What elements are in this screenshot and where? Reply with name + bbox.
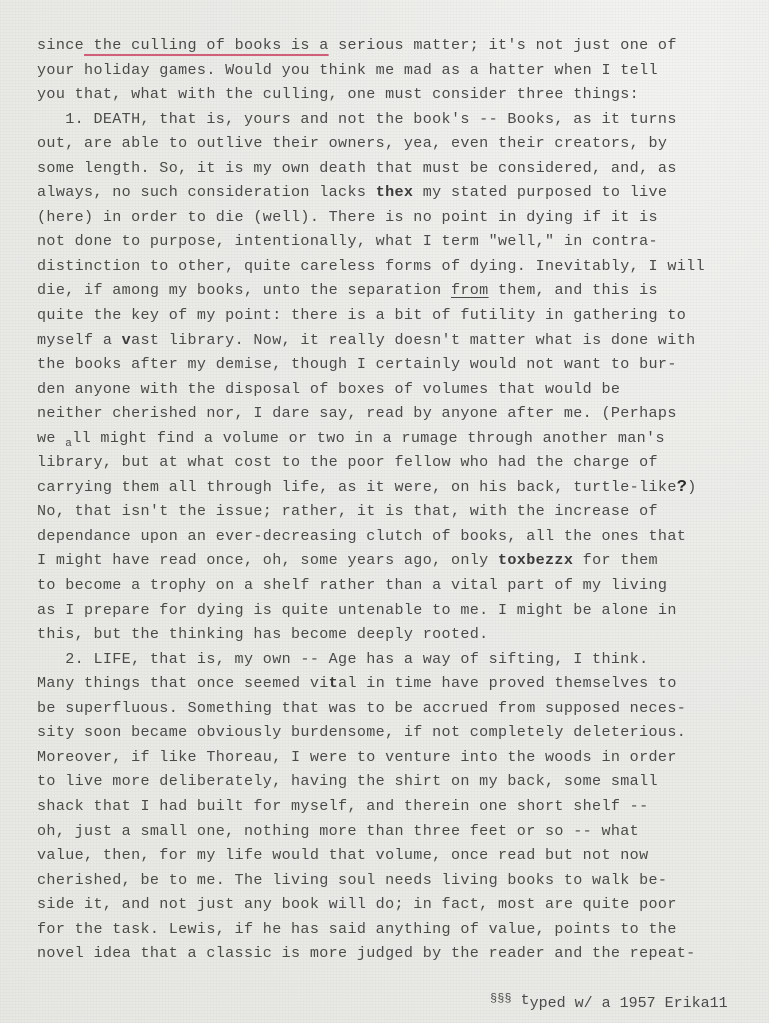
- line-text: shack that I had built for myself, and t…: [37, 797, 649, 815]
- text-line: the books after my demise, though I cert…: [37, 352, 757, 377]
- line-text: not done to purpose, intentionally, what…: [37, 232, 658, 250]
- text-line: your holiday games. Would you think me m…: [37, 58, 757, 83]
- line-text: den anyone with the disposal of boxes of…: [37, 380, 620, 398]
- line-text: for them: [573, 551, 658, 569]
- text-line: shack that I had built for myself, and t…: [37, 794, 757, 819]
- line-text: 1. DEATH, that is, yours and not the boo…: [37, 110, 677, 128]
- line-text: always, no such consideration lacks: [37, 183, 376, 201]
- line-text: your holiday games. Would you think me m…: [37, 61, 658, 79]
- text-line: as I prepare for dying is quite untenabl…: [37, 598, 757, 623]
- text-line: to live more deliberately, having the sh…: [37, 769, 757, 794]
- typed-over-correction: toxbezzx: [498, 551, 573, 569]
- line-text: side it, and not just any book will do; …: [37, 895, 677, 913]
- line-text: novel idea that a classic is more judged…: [37, 944, 696, 962]
- line-text: out, are able to outlive their owners, y…: [37, 134, 667, 152]
- line-text: ll might find a volume or two in a rumag…: [72, 429, 665, 447]
- line-text: myself a: [37, 331, 122, 349]
- text-line: dependance upon an ever-decreasing clutc…: [37, 524, 757, 549]
- line-text: this, but the thinking has become deeply…: [37, 625, 489, 643]
- line-text: ast library. Now, it really doesn't matt…: [131, 331, 695, 349]
- typed-over-correction: t: [329, 674, 338, 692]
- text-line: die, if among my books, unto the separat…: [37, 278, 757, 303]
- colophon-text: yped w/ a 1957 Erika11: [530, 995, 728, 1012]
- line-text: quite the key of my point: there is a bi…: [37, 306, 686, 324]
- text-line: not done to purpose, intentionally, what…: [37, 229, 757, 254]
- text-line: this, but the thinking has become deeply…: [37, 622, 757, 647]
- line-text: the books after my demise, though I cert…: [37, 355, 677, 373]
- line-text: since: [37, 36, 84, 54]
- underlined-word: from: [451, 281, 489, 299]
- text-line: you that, what with the culling, one mus…: [37, 82, 757, 107]
- line-text: be superfluous. Something that was to be…: [37, 699, 686, 717]
- text-line: since the culling of books is a serious …: [37, 33, 757, 58]
- line-text: for the task. Lewis, if he has said anyt…: [37, 920, 677, 938]
- text-line: some length. So, it is my own death that…: [37, 156, 757, 181]
- typed-over-correction: v: [122, 331, 131, 349]
- line-text: my stated purposed to live: [413, 183, 667, 201]
- typed-over-correction: thex: [376, 183, 414, 201]
- line-text: I might have read once, oh, some years a…: [37, 551, 498, 569]
- text-line: cherished, be to me. The living soul nee…: [37, 868, 757, 893]
- line-text: carrying them all through life, as it we…: [37, 478, 677, 496]
- line-text: them, and this is: [489, 281, 658, 299]
- text-line: we all might find a volume or two in a r…: [37, 426, 757, 451]
- line-text: serious matter; it's not just one of: [329, 36, 677, 54]
- handwritten-question-mark: ?: [677, 478, 688, 497]
- text-line: sity soon became obviously burdensome, i…: [37, 720, 757, 745]
- line-text: library, but at what cost to the poor fe…: [37, 453, 658, 471]
- line-text: die, if among my books, unto the separat…: [37, 281, 451, 299]
- line-text: as I prepare for dying is quite untenabl…: [37, 601, 677, 619]
- text-line: Many things that once seemed vital in ti…: [37, 671, 757, 696]
- line-text: 2. LIFE, that is, my own -- Age has a wa…: [37, 650, 649, 668]
- text-line: value, then, for my life would that volu…: [37, 843, 757, 868]
- text-line: Moreover, if like Thoreau, I were to ven…: [37, 745, 757, 770]
- line-text: No, that isn't the issue; rather, it is …: [37, 502, 658, 520]
- text-line: carrying them all through life, as it we…: [37, 475, 757, 500]
- text-line: be superfluous. Something that was to be…: [37, 696, 757, 721]
- line-text: oh, just a small one, nothing more than …: [37, 822, 639, 840]
- line-text: cherished, be to me. The living soul nee…: [37, 871, 667, 889]
- line-text: Moreover, if like Thoreau, I were to ven…: [37, 748, 677, 766]
- text-line: 1. DEATH, that is, yours and not the boo…: [37, 107, 757, 132]
- text-line: den anyone with the disposal of boxes of…: [37, 377, 757, 402]
- line-text: distinction to other, quite careless for…: [37, 257, 705, 275]
- line-text: value, then, for my life would that volu…: [37, 846, 649, 864]
- colophon: §§§ typed w/ a 1957 Erika11: [472, 975, 728, 1012]
- text-line: 2. LIFE, that is, my own -- Age has a wa…: [37, 647, 757, 672]
- text-line: library, but at what cost to the poor fe…: [37, 450, 757, 475]
- text-line: side it, and not just any book will do; …: [37, 892, 757, 917]
- red-underlined-phrase: the culling of books is a: [84, 36, 329, 54]
- text-line: myself a vast library. Now, it really do…: [37, 328, 757, 353]
- line-text: ): [687, 478, 696, 496]
- text-line: No, that isn't the issue; rather, it is …: [37, 499, 757, 524]
- section-mark: §§§: [490, 992, 512, 1006]
- text-line: neither cherished nor, I dare say, read …: [37, 401, 757, 426]
- line-text: we: [37, 429, 65, 447]
- line-text: you that, what with the culling, one mus…: [37, 85, 639, 103]
- text-line: I might have read once, oh, some years a…: [37, 548, 757, 573]
- text-line: quite the key of my point: there is a bi…: [37, 303, 757, 328]
- line-text: al in time have proved themselves to: [338, 674, 677, 692]
- line-text: to live more deliberately, having the sh…: [37, 772, 658, 790]
- line-text: (here) in order to die (well). There is …: [37, 208, 658, 226]
- text-line: for the task. Lewis, if he has said anyt…: [37, 917, 757, 942]
- line-text: Many things that once seemed vi: [37, 674, 329, 692]
- line-text: some length. So, it is my own death that…: [37, 159, 677, 177]
- text-line: always, no such consideration lacks thex…: [37, 180, 757, 205]
- text-line: to become a trophy on a shelf rather tha…: [37, 573, 757, 598]
- colophon-t: t: [521, 992, 530, 1009]
- text-line: novel idea that a classic is more judged…: [37, 941, 757, 966]
- line-text: to become a trophy on a shelf rather tha…: [37, 576, 667, 594]
- line-text: sity soon became obviously burdensome, i…: [37, 723, 686, 741]
- line-text: neither cherished nor, I dare say, read …: [37, 404, 677, 422]
- text-line: (here) in order to die (well). There is …: [37, 205, 757, 230]
- text-line: oh, just a small one, nothing more than …: [37, 819, 757, 844]
- text-line: out, are able to outlive their owners, y…: [37, 131, 757, 156]
- line-text: dependance upon an ever-decreasing clutc…: [37, 527, 686, 545]
- typed-page: since the culling of books is a serious …: [37, 33, 757, 966]
- text-line: distinction to other, quite careless for…: [37, 254, 757, 279]
